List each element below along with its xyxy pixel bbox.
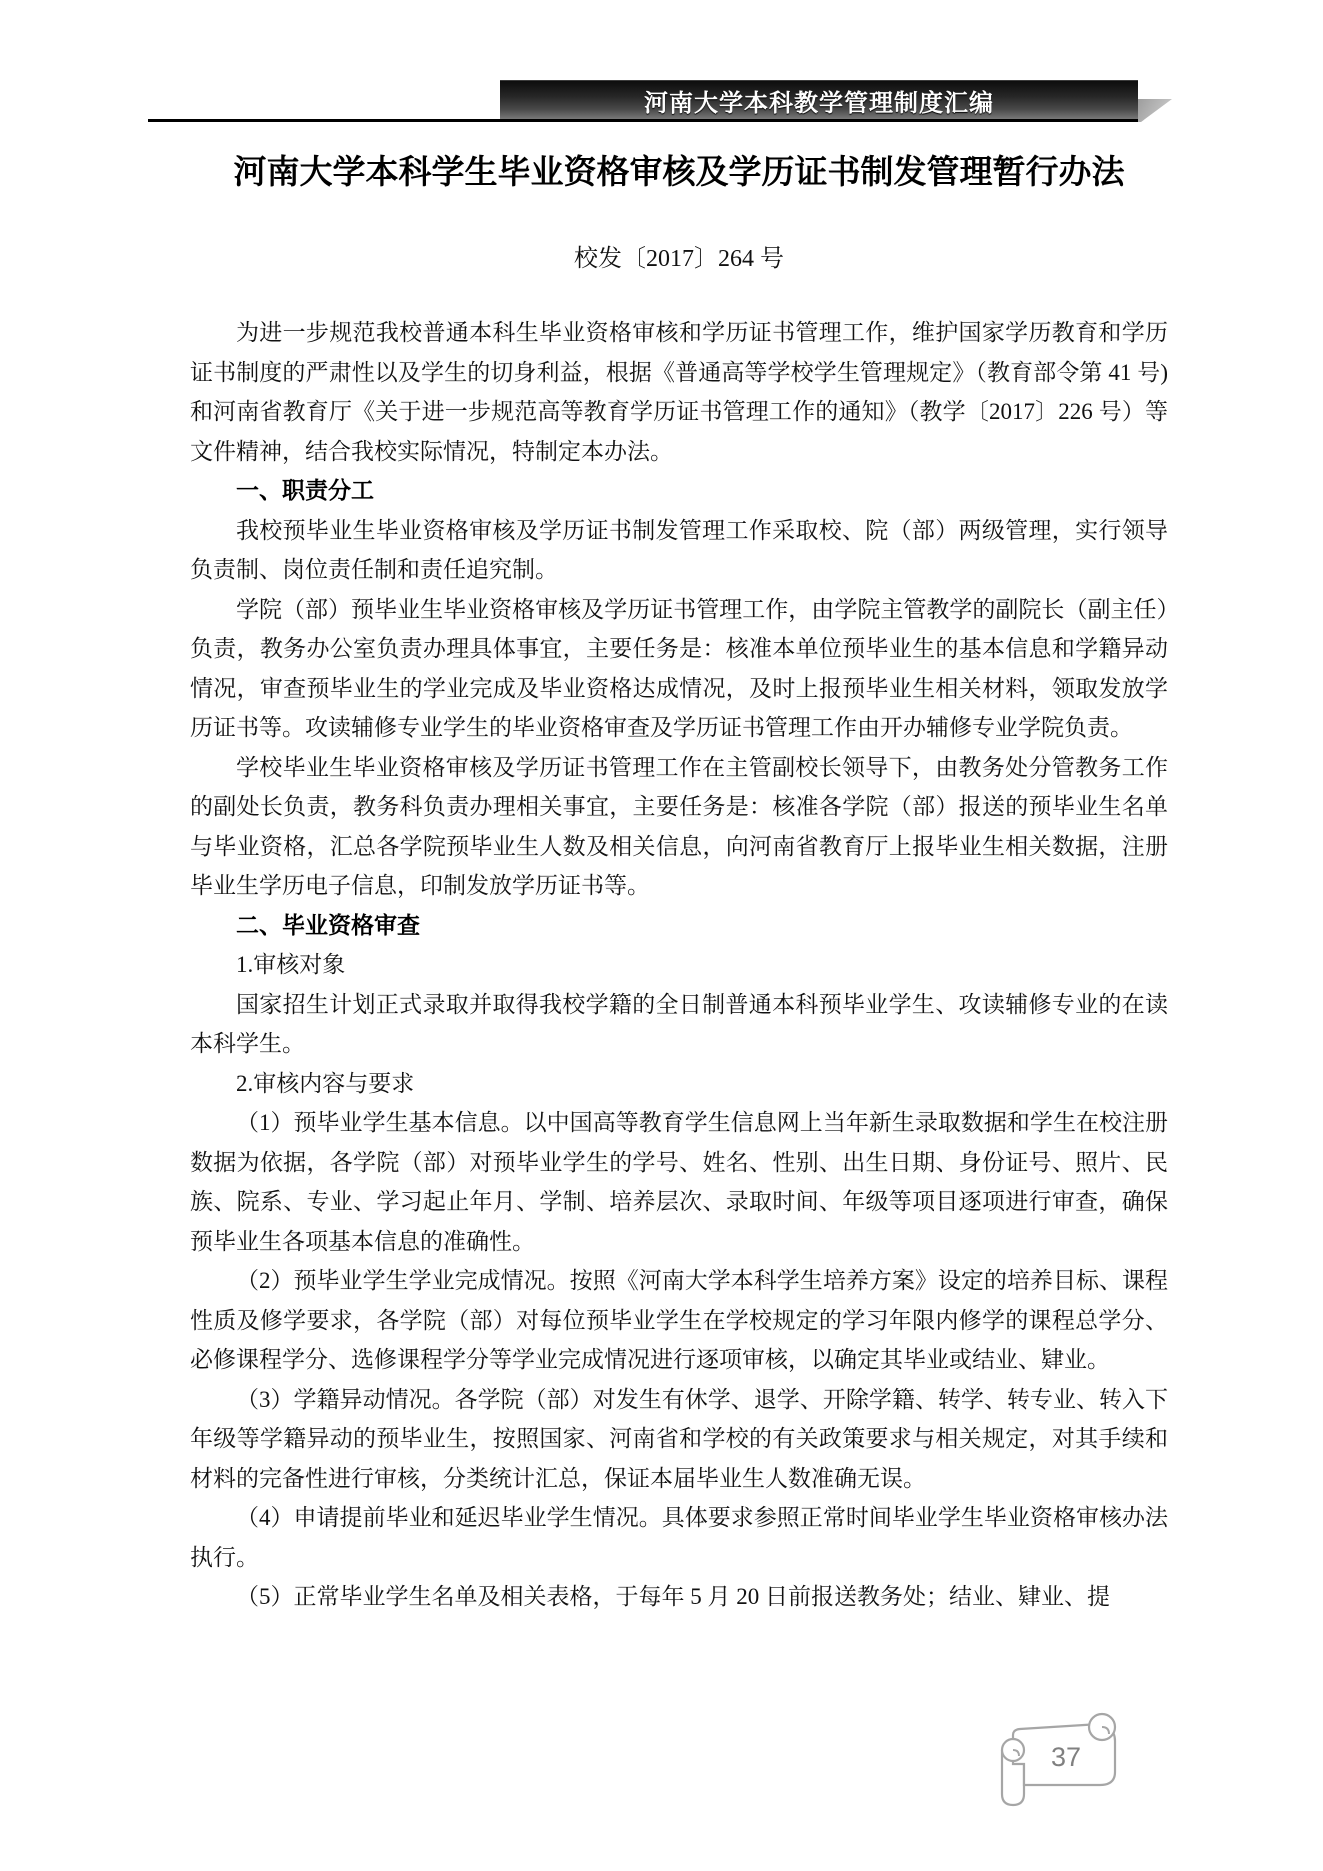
paragraph-item-2: （2）预毕业学生学业完成情况。按照《河南大学本科学生培养方案》设定的培养目标、课… [190, 1261, 1168, 1380]
subsection-heading-1: 1.审核对象 [190, 945, 1168, 985]
subsection-heading-2: 2.审核内容与要求 [190, 1064, 1168, 1104]
header-rule [148, 119, 1138, 122]
header-wedge-decoration [1138, 99, 1172, 122]
paragraph: 我校预毕业生毕业资格审核及学历证书制发管理工作采取校、院（部）两级管理，实行领导… [190, 511, 1168, 590]
paragraph-item-1: （1）预毕业学生基本信息。以中国高等教育学生信息网上当年新生录取数据和学生在校注… [190, 1103, 1168, 1261]
paragraph: 学院（部）预毕业生毕业资格审核及学历证书管理工作，由学院主管教学的副院长（副主任… [190, 590, 1168, 748]
section-heading-2: 二、毕业资格审查 [190, 906, 1168, 946]
document-body: 为进一步规范我校普通本科生毕业资格审核和学历证书管理工作，维护国家学历教育和学历… [190, 313, 1168, 1617]
scroll-banner-icon: 37 [988, 1710, 1130, 1812]
header-banner: 河南大学本科教学管理制度汇编 [500, 80, 1138, 119]
document-number: 校发〔2017〕264 号 [190, 238, 1168, 273]
section-heading-1: 一、职责分工 [190, 471, 1168, 511]
page-title: 河南大学本科学生毕业资格审核及学历证书制发管理暂行办法 [190, 146, 1168, 193]
paragraph: 学校毕业生毕业资格审核及学历证书管理工作在主管副校长领导下，由教务处分管教务工作… [190, 748, 1168, 906]
paragraph-item-4: （4）申请提前毕业和延迟毕业学生情况。具体要求参照正常时间毕业学生毕业资格审核办… [190, 1498, 1168, 1577]
page-number: 37 [1051, 1742, 1081, 1772]
header-banner-text: 河南大学本科教学管理制度汇编 [644, 83, 994, 118]
paragraph-item-5: （5）正常毕业学生名单及相关表格，于每年 5 月 20 日前报送教务处；结业、肄… [190, 1577, 1168, 1617]
paragraph: 国家招生计划正式录取并取得我校学籍的全日制普通本科预毕业学生、攻读辅修专业的在读… [190, 985, 1168, 1064]
paragraph-item-3: （3）学籍异动情况。各学院（部）对发生有休学、退学、开除学籍、转学、转专业、转入… [190, 1380, 1168, 1499]
document-page: 河南大学本科教学管理制度汇编 河南大学本科学生毕业资格审核及学历证书制发管理暂行… [0, 0, 1323, 1871]
paragraph-intro: 为进一步规范我校普通本科生毕业资格审核和学历证书管理工作，维护国家学历教育和学历… [190, 313, 1168, 471]
